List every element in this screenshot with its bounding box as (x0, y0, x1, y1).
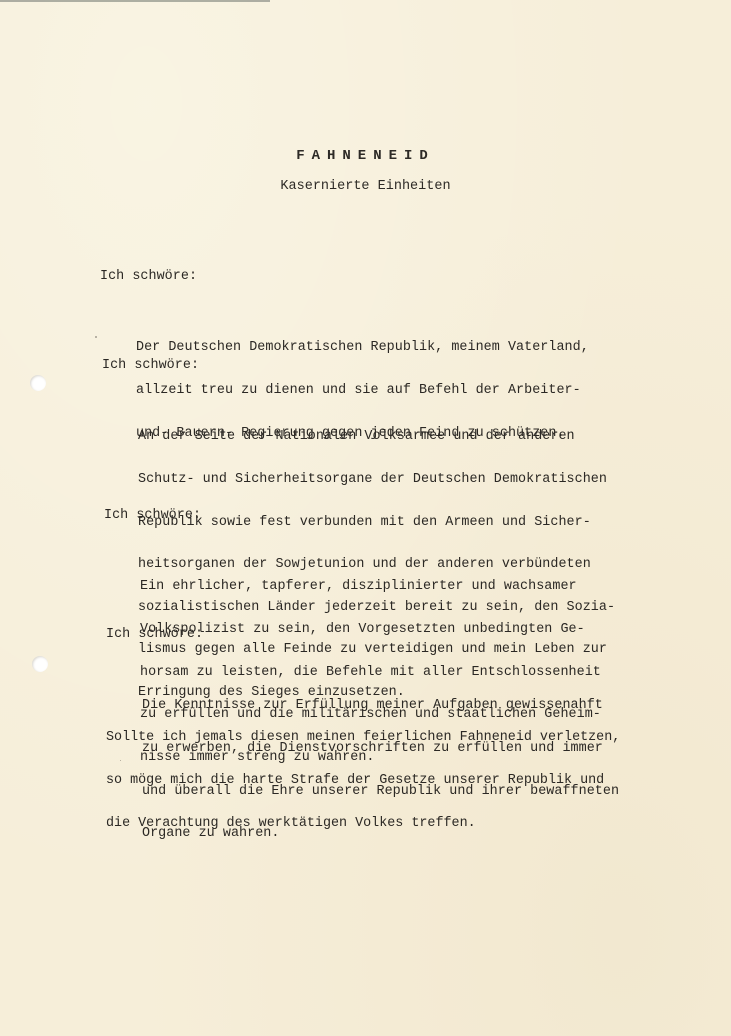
scan-edge (0, 0, 270, 2)
closing-line: so möge mich die harte Strafe der Gesetz… (106, 774, 620, 788)
closing-line: die Verachtung des werktätigen Volkes tr… (106, 817, 620, 831)
oath-lead: Ich schwöre: (106, 628, 619, 642)
oath-lead: Ich schwöre: (104, 509, 601, 523)
oath-line: An der Seite der Nationalen Volksarmee u… (138, 430, 615, 444)
oath-line: Ein ehrlicher, tapferer, disziplinierter… (140, 580, 601, 594)
document-page: FAHNENEID Kasernierte Einheiten Ich schw… (0, 0, 731, 1036)
ink-speck (95, 336, 97, 338)
punch-hole (30, 375, 46, 391)
document-title: FAHNENEID (0, 148, 731, 164)
closing-line: Sollte ich jemals diesen meinen feierlic… (106, 731, 620, 745)
closing-paragraph: Sollte ich jemals diesen meinen feierlic… (106, 702, 620, 860)
punch-hole (32, 656, 48, 672)
oath-lead: Ich schwöre: (100, 270, 589, 284)
oath-lead: Ich schwöre: (102, 359, 615, 373)
document-subtitle: Kasernierte Einheiten (0, 179, 731, 194)
